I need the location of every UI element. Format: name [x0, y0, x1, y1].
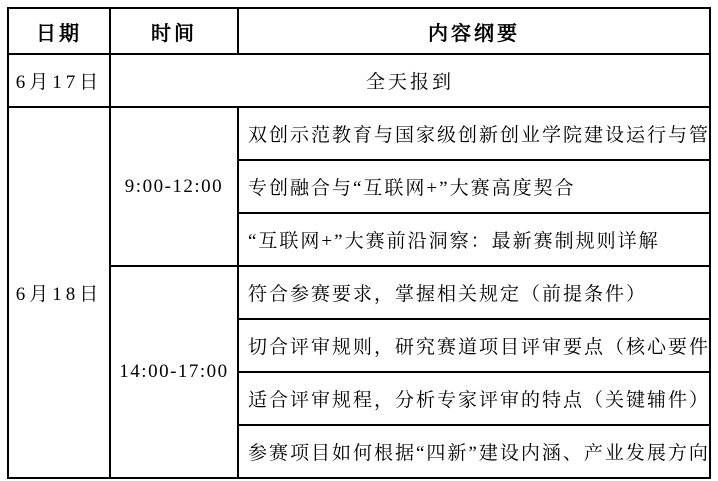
allday-checkin-cell: 全天报到	[110, 54, 710, 107]
header-date: 日期	[8, 8, 110, 54]
time-cell-morning: 9:00-12:00	[110, 107, 238, 266]
header-time: 时间	[110, 8, 238, 54]
schedule-table: 日期 时间 内容纲要 6月17日 全天报到 6月18日 9:00-12:00 双…	[7, 7, 711, 479]
content-cell-afternoon-2: 切合评审规则，研究赛道项目评审要点（核心要件）	[238, 319, 710, 372]
header-row: 日期 时间 内容纲要	[8, 8, 710, 54]
page-canvas: 日期 时间 内容纲要 6月17日 全天报到 6月18日 9:00-12:00 双…	[0, 0, 718, 481]
content-cell-morning-2: 专创融合与“互联网+”大赛高度契合	[238, 160, 710, 213]
content-cell-morning-3: “互联网+”大赛前沿洞察：最新赛制规则详解	[238, 213, 710, 266]
row-afternoon-item-1: 14:00-17:00 符合参赛要求，掌握相关规定（前提条件）	[8, 266, 710, 319]
time-cell-afternoon: 14:00-17:00	[110, 266, 238, 478]
content-cell-afternoon-1: 符合参赛要求，掌握相关规定（前提条件）	[238, 266, 710, 319]
row-jun17: 6月17日 全天报到	[8, 54, 710, 107]
header-content: 内容纲要	[238, 8, 710, 54]
content-cell-afternoon-4: 参赛项目如何根据“四新”建设内涵、产业发展方向	[238, 425, 710, 478]
date-cell-jun17: 6月17日	[8, 54, 110, 107]
content-cell-afternoon-3: 适合评审规程，分析专家评审的特点（关键辅件）	[238, 372, 710, 425]
date-cell-jun18: 6月18日	[8, 107, 110, 478]
row-morning-item-1: 6月18日 9:00-12:00 双创示范教育与国家级创新创业学院建设运行与管理	[8, 107, 710, 160]
content-cell-morning-1: 双创示范教育与国家级创新创业学院建设运行与管理	[238, 107, 710, 160]
